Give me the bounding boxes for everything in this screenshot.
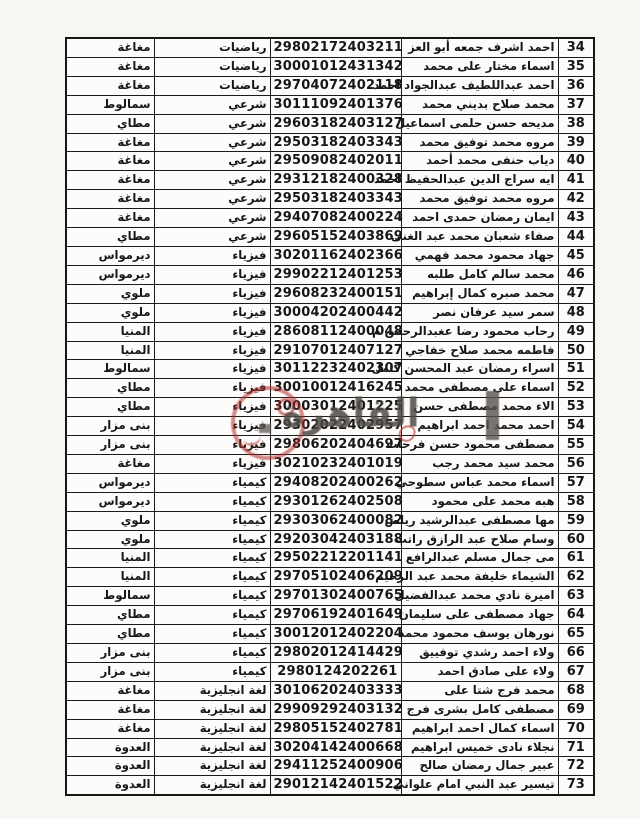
- cell-serial: 49: [558, 322, 594, 341]
- cell-name: هبه محمد على محمود: [401, 492, 558, 511]
- table-row: 49رحاب محمود رضا عغبدالرحمن م28608112400…: [66, 322, 594, 341]
- cell-name: نورهان يوسف محمود محمد: [401, 625, 558, 644]
- cell-location: ملوي: [66, 303, 154, 322]
- cell-national-id: 29909292403132: [270, 700, 401, 719]
- cell-subject: كيمياء: [154, 606, 270, 625]
- cell-serial: 69: [558, 700, 594, 719]
- cell-national-id: 30210232401019: [270, 454, 401, 473]
- cell-subject: فيزياء: [154, 265, 270, 284]
- cell-national-id: 30012012402204: [270, 625, 401, 644]
- table-row: 48سمر سيد عرفان نصر30004202400442فيزياءم…: [66, 303, 594, 322]
- table-row: 61مى جمال مسلم عبدالرافع29502212201141كي…: [66, 549, 594, 568]
- cell-location: المنيا: [66, 341, 154, 360]
- cell-national-id: 29312182400328: [270, 171, 401, 190]
- cell-name: احمد اشرف جمعه أبو العز: [401, 38, 558, 57]
- cell-national-id: 29805152402781: [270, 719, 401, 738]
- cell-national-id: 29701302400765: [270, 587, 401, 606]
- cell-national-id: 30106202403333: [270, 681, 401, 700]
- cell-serial: 42: [558, 190, 594, 209]
- cell-national-id: 30004202400442: [270, 303, 401, 322]
- cell-serial: 61: [558, 549, 594, 568]
- cell-serial: 43: [558, 209, 594, 228]
- table-row: 55مصطفى محمود حسن فرحات29806202404697فيز…: [66, 436, 594, 455]
- table-row: 59مها مصطفى عبدالرشيد رياض29303062400082…: [66, 511, 594, 530]
- cell-national-id: 29608232400151: [270, 284, 401, 303]
- cell-name: مصطفى محمود حسن فرحات: [401, 436, 558, 455]
- cell-location: بنى مزار: [66, 436, 154, 455]
- cell-national-id: 30003012401225: [270, 398, 401, 417]
- table-row: 42مروه محمد توفيق محمد29503182403343شرعي…: [66, 190, 594, 209]
- cell-name: مديحه حسن حلمى اسماعيل: [401, 114, 558, 133]
- table-row: 69مصطفى كامل بشرى فرج29909292403132لغة ا…: [66, 700, 594, 719]
- cell-national-id: 29012142401522: [270, 776, 401, 795]
- cell-location: مغاغة: [66, 681, 154, 700]
- cell-national-id: 30204142400668: [270, 738, 401, 757]
- cell-national-id: 29301262402508: [270, 492, 401, 511]
- cell-name: اسراء رمضان عبد المحسن كامل: [401, 360, 558, 379]
- cell-name: جهاد مصطفى على سليمان: [401, 606, 558, 625]
- cell-subject: شرعي: [154, 171, 270, 190]
- cell-name: مى جمال مسلم عبدالرافع: [401, 549, 558, 568]
- cell-name: احمد محمد احمد ابراهيم: [401, 417, 558, 436]
- table-row: 54احمد محمد احمد ابراهيم29302022402957في…: [66, 417, 594, 436]
- cell-location: ديرمواس: [66, 265, 154, 284]
- cell-national-id: 29706192401649: [270, 606, 401, 625]
- cell-subject: كيمياء: [154, 587, 270, 606]
- cell-name: مروه محمد توفيق محمد: [401, 133, 558, 152]
- table-row: 64جهاد مصطفى على سليمان29706192401649كيم…: [66, 606, 594, 625]
- cell-serial: 39: [558, 133, 594, 152]
- cell-name: محمد فرج شتا على: [401, 681, 558, 700]
- cell-name: مها مصطفى عبدالرشيد رياض: [401, 511, 558, 530]
- table-row: 72عبير جمال رمضان صالح29411252400906لغة …: [66, 757, 594, 776]
- candidates-table: 34احمد اشرف جمعه أبو العز29802172403211ر…: [65, 37, 595, 796]
- cell-subject: شرعي: [154, 209, 270, 228]
- cell-name: اسماء كمال احمد ابراهيم: [401, 719, 558, 738]
- cell-subject: كيمياء: [154, 568, 270, 587]
- cell-serial: 41: [558, 171, 594, 190]
- cell-name: اميرة نادي محمد عبدالفضيل: [401, 587, 558, 606]
- cell-subject: رياضيات: [154, 76, 270, 95]
- cell-name: محمد صلاح بديني محمد: [401, 95, 558, 114]
- cell-serial: 55: [558, 436, 594, 455]
- table-row: 40دياب حنفى محمد أحمد29509082402011شرعيم…: [66, 152, 594, 171]
- cell-location: المنيا: [66, 549, 154, 568]
- cell-name: محمد سالم كامل طلبه: [401, 265, 558, 284]
- table-row: 51اسراء رمضان عبد المحسن كامل30112232402…: [66, 360, 594, 379]
- cell-national-id: 29902212401253: [270, 265, 401, 284]
- table-row: 68محمد فرج شتا على30106202403333لغة انجل…: [66, 681, 594, 700]
- cell-serial: 50: [558, 341, 594, 360]
- cell-name: نجلاء نادى خميس ابراهيم: [401, 738, 558, 757]
- cell-name: اسماء محمد عباس سطوحي: [401, 473, 558, 492]
- cell-national-id: 29802172403211: [270, 38, 401, 57]
- cell-subject: فيزياء: [154, 379, 270, 398]
- table-row: 38مديحه حسن حلمى اسماعيل29603182403127شر…: [66, 114, 594, 133]
- cell-serial: 70: [558, 719, 594, 738]
- cell-national-id: 29705102406209: [270, 568, 401, 587]
- cell-subject: كيمياء: [154, 492, 270, 511]
- cell-subject: لغة انجليزية: [154, 681, 270, 700]
- cell-subject: شرعي: [154, 152, 270, 171]
- table-row: 34احمد اشرف جمعه أبو العز29802172403211ر…: [66, 38, 594, 57]
- table-row: 53الاء محمد مصطفى حسن30003012401225فيزيا…: [66, 398, 594, 417]
- cell-national-id: 29407082400224: [270, 209, 401, 228]
- cell-subject: فيزياء: [154, 436, 270, 455]
- cell-serial: 34: [558, 38, 594, 57]
- cell-subject: لغة انجليزية: [154, 738, 270, 757]
- table-row: 47محمد صبره كمال إبراهيم29608232400151في…: [66, 284, 594, 303]
- cell-national-id: 29806202404697: [270, 436, 401, 455]
- cell-location: مغاغة: [66, 152, 154, 171]
- cell-national-id: 2980124202261: [270, 662, 401, 681]
- cell-subject: كيمياء: [154, 625, 270, 644]
- cell-location: ملوي: [66, 530, 154, 549]
- cell-location: مطاي: [66, 228, 154, 247]
- cell-serial: 67: [558, 662, 594, 681]
- cell-location: ديرمواس: [66, 492, 154, 511]
- cell-subject: فيزياء: [154, 341, 270, 360]
- cell-location: العدوة: [66, 757, 154, 776]
- cell-serial: 36: [558, 76, 594, 95]
- cell-subject: شرعي: [154, 95, 270, 114]
- cell-location: مغاغة: [66, 454, 154, 473]
- table-row: 70اسماء كمال احمد ابراهيم29805152402781ل…: [66, 719, 594, 738]
- cell-national-id: 29603182403127: [270, 114, 401, 133]
- cell-location: العدوة: [66, 776, 154, 795]
- table-row: 39مروه محمد توفيق محمد29503182403343شرعي…: [66, 133, 594, 152]
- table-row: 43ايمان رمضان حمدى احمد29407082400224شرع…: [66, 209, 594, 228]
- cell-subject: لغة انجليزية: [154, 776, 270, 795]
- cell-location: مطاي: [66, 379, 154, 398]
- cell-national-id: 29802012414429: [270, 644, 401, 663]
- cell-location: ديرمواس: [66, 246, 154, 265]
- cell-serial: 56: [558, 454, 594, 473]
- cell-name: الشيماء خليفة محمد عبد الرحيم: [401, 568, 558, 587]
- cell-name: فاطمه محمد صلاح خفاجي: [401, 341, 558, 360]
- table-row: 37محمد صلاح بديني محمد30111092401376شرعي…: [66, 95, 594, 114]
- cell-serial: 38: [558, 114, 594, 133]
- cell-serial: 64: [558, 606, 594, 625]
- cell-serial: 37: [558, 95, 594, 114]
- cell-serial: 59: [558, 511, 594, 530]
- cell-location: ملوي: [66, 511, 154, 530]
- cell-location: مغاغة: [66, 76, 154, 95]
- table-row: 52اسماء على مصطفى محمد30010012416245فيزي…: [66, 379, 594, 398]
- scanned-document: { "document": { "kind": "scanned-candida…: [0, 0, 640, 819]
- cell-serial: 35: [558, 57, 594, 76]
- cell-national-id: 29203042403188: [270, 530, 401, 549]
- cell-name: سمر سيد عرفان نصر: [401, 303, 558, 322]
- cell-national-id: 28608112400048: [270, 322, 401, 341]
- cell-subject: كيمياء: [154, 530, 270, 549]
- cell-subject: شرعي: [154, 114, 270, 133]
- cell-serial: 53: [558, 398, 594, 417]
- cell-location: مطاي: [66, 606, 154, 625]
- cell-serial: 63: [558, 587, 594, 606]
- cell-serial: 47: [558, 284, 594, 303]
- table-row: 46محمد سالم كامل طلبه29902212401253فيزيا…: [66, 265, 594, 284]
- cell-name: صفاء شعبان محمد عبد الغنى: [401, 228, 558, 247]
- cell-subject: شرعي: [154, 228, 270, 247]
- cell-serial: 68: [558, 681, 594, 700]
- cell-serial: 73: [558, 776, 594, 795]
- table-row: 58هبه محمد على محمود29301262402508كيمياء…: [66, 492, 594, 511]
- cell-serial: 45: [558, 246, 594, 265]
- cell-name: دياب حنفى محمد أحمد: [401, 152, 558, 171]
- cell-location: العدوة: [66, 738, 154, 757]
- cell-name: جهاد محمود محمد فهمي: [401, 246, 558, 265]
- cell-national-id: 29503182403343: [270, 133, 401, 152]
- cell-subject: لغة انجليزية: [154, 757, 270, 776]
- cell-subject: كيمياء: [154, 473, 270, 492]
- table-row: 50فاطمه محمد صلاح خفاجي29107012407127فيز…: [66, 341, 594, 360]
- cell-national-id: 29411252400906: [270, 757, 401, 776]
- cell-subject: كيمياء: [154, 511, 270, 530]
- cell-serial: 52: [558, 379, 594, 398]
- cell-national-id: 29605152403869: [270, 228, 401, 247]
- cell-name: عبير جمال رمضان صالح: [401, 757, 558, 776]
- cell-serial: 51: [558, 360, 594, 379]
- cell-subject: فيزياء: [154, 454, 270, 473]
- cell-name: ولاء احمد رشدي توفييق: [401, 644, 558, 663]
- cell-serial: 62: [558, 568, 594, 587]
- cell-location: سمالوط: [66, 587, 154, 606]
- cell-name: محمد صبره كمال إبراهيم: [401, 284, 558, 303]
- cell-serial: 72: [558, 757, 594, 776]
- page-background: 34احمد اشرف جمعه أبو العز29802172403211ر…: [0, 0, 640, 819]
- cell-location: مطاي: [66, 398, 154, 417]
- cell-location: مغاغة: [66, 38, 154, 57]
- cell-national-id: 29503182403343: [270, 190, 401, 209]
- cell-location: سمالوط: [66, 360, 154, 379]
- cell-name: ايمان رمضان حمدى احمد: [401, 209, 558, 228]
- cell-name: تيسير عبد النبي امام علواني: [401, 776, 558, 795]
- cell-subject: كيمياء: [154, 549, 270, 568]
- cell-national-id: 29107012407127: [270, 341, 401, 360]
- cell-name: مصطفى كامل بشرى فرج: [401, 700, 558, 719]
- cell-subject: رياضيات: [154, 57, 270, 76]
- table-row: 41ايه سراج الدين عبدالحفيظ احمد293121824…: [66, 171, 594, 190]
- table-row: 71نجلاء نادى خميس ابراهيم30204142400668ل…: [66, 738, 594, 757]
- candidates-table-body: 34احمد اشرف جمعه أبو العز29802172403211ر…: [66, 38, 594, 795]
- cell-subject: كيمياء: [154, 644, 270, 663]
- cell-serial: 65: [558, 625, 594, 644]
- cell-name: ايه سراج الدين عبدالحفيظ احمد: [401, 171, 558, 190]
- table-row: 60وسام صلاح عبد الرازق راتب2920304240318…: [66, 530, 594, 549]
- cell-location: مغاغة: [66, 171, 154, 190]
- cell-location: مغاغة: [66, 719, 154, 738]
- cell-location: مغاغة: [66, 190, 154, 209]
- cell-national-id: 29502212201141: [270, 549, 401, 568]
- table-row: 45جهاد محمود محمد فهمي30201162402366فيزي…: [66, 246, 594, 265]
- table-row: 62الشيماء خليفة محمد عبد الرحيم297051024…: [66, 568, 594, 587]
- table-row: 35اسماء مختار على محمد30001012431342رياض…: [66, 57, 594, 76]
- table-row: 73تيسير عبد النبي امام علواني29012142401…: [66, 776, 594, 795]
- table-row: 63اميرة نادي محمد عبدالفضيل2970130240076…: [66, 587, 594, 606]
- cell-subject: شرعي: [154, 133, 270, 152]
- cell-location: ملوي: [66, 284, 154, 303]
- cell-name: الاء محمد مصطفى حسن: [401, 398, 558, 417]
- table-row: 36احمد عبداللطيف عبدالجواد احمد297040724…: [66, 76, 594, 95]
- table-row: 44صفاء شعبان محمد عبد الغنى2960515240386…: [66, 228, 594, 247]
- cell-subject: فيزياء: [154, 303, 270, 322]
- cell-location: بنى مزار: [66, 644, 154, 663]
- cell-serial: 58: [558, 492, 594, 511]
- cell-location: بنى مزار: [66, 662, 154, 681]
- cell-subject: لغة انجليزية: [154, 700, 270, 719]
- cell-location: مطاي: [66, 625, 154, 644]
- table-row: 56محمد سيد محمد رجب30210232401019فيزياءم…: [66, 454, 594, 473]
- cell-subject: فيزياء: [154, 246, 270, 265]
- cell-national-id: 29302022402957: [270, 417, 401, 436]
- cell-serial: 60: [558, 530, 594, 549]
- cell-serial: 66: [558, 644, 594, 663]
- cell-subject: فيزياء: [154, 398, 270, 417]
- cell-location: المنيا: [66, 568, 154, 587]
- cell-subject: شرعي: [154, 190, 270, 209]
- cell-serial: 48: [558, 303, 594, 322]
- cell-name: وسام صلاح عبد الرازق راتب: [401, 530, 558, 549]
- cell-national-id: 30010012416245: [270, 379, 401, 398]
- cell-name: ولاء على صادق احمد: [401, 662, 558, 681]
- cell-national-id: 29408202400262: [270, 473, 401, 492]
- cell-location: مغاغة: [66, 57, 154, 76]
- cell-location: مطاي: [66, 114, 154, 133]
- cell-location: مغاغة: [66, 700, 154, 719]
- table-row: 67ولاء على صادق احمد2980124202261كيمياءب…: [66, 662, 594, 681]
- table-row: 65نورهان يوسف محمود محمد30012012402204كي…: [66, 625, 594, 644]
- cell-national-id: 29303062400082: [270, 511, 401, 530]
- cell-serial: 44: [558, 228, 594, 247]
- cell-location: مغاغة: [66, 133, 154, 152]
- cell-location: ديرمواس: [66, 473, 154, 492]
- cell-name: رحاب محمود رضا عغبدالرحمن م: [401, 322, 558, 341]
- cell-serial: 71: [558, 738, 594, 757]
- cell-serial: 40: [558, 152, 594, 171]
- cell-location: سمالوط: [66, 95, 154, 114]
- cell-location: مغاغة: [66, 209, 154, 228]
- cell-subject: فيزياء: [154, 284, 270, 303]
- cell-subject: فيزياء: [154, 417, 270, 436]
- table-row: 66ولاء احمد رشدي توفييق29802012414429كيم…: [66, 644, 594, 663]
- cell-name: اسماء مختار على محمد: [401, 57, 558, 76]
- cell-subject: لغة انجليزية: [154, 719, 270, 738]
- cell-subject: كيمياء: [154, 662, 270, 681]
- cell-national-id: 30001012431342: [270, 57, 401, 76]
- cell-name: اسماء على مصطفى محمد: [401, 379, 558, 398]
- cell-serial: 54: [558, 417, 594, 436]
- cell-national-id: 30111092401376: [270, 95, 401, 114]
- cell-national-id: 29509082402011: [270, 152, 401, 171]
- cell-name: محمد سيد محمد رجب: [401, 454, 558, 473]
- cell-name: احمد عبداللطيف عبدالجواد احمد: [401, 76, 558, 95]
- cell-serial: 57: [558, 473, 594, 492]
- cell-national-id: 29704072402118: [270, 76, 401, 95]
- cell-national-id: 30112232402307: [270, 360, 401, 379]
- table-row: 57اسماء محمد عباس سطوحي29408202400262كيم…: [66, 473, 594, 492]
- cell-location: بنى مزار: [66, 417, 154, 436]
- cell-location: المنيا: [66, 322, 154, 341]
- cell-national-id: 30201162402366: [270, 246, 401, 265]
- cell-serial: 46: [558, 265, 594, 284]
- cell-subject: فيزياء: [154, 322, 270, 341]
- cell-subject: فيزياء: [154, 360, 270, 379]
- cell-subject: رياضيات: [154, 38, 270, 57]
- cell-name: مروه محمد توفيق محمد: [401, 190, 558, 209]
